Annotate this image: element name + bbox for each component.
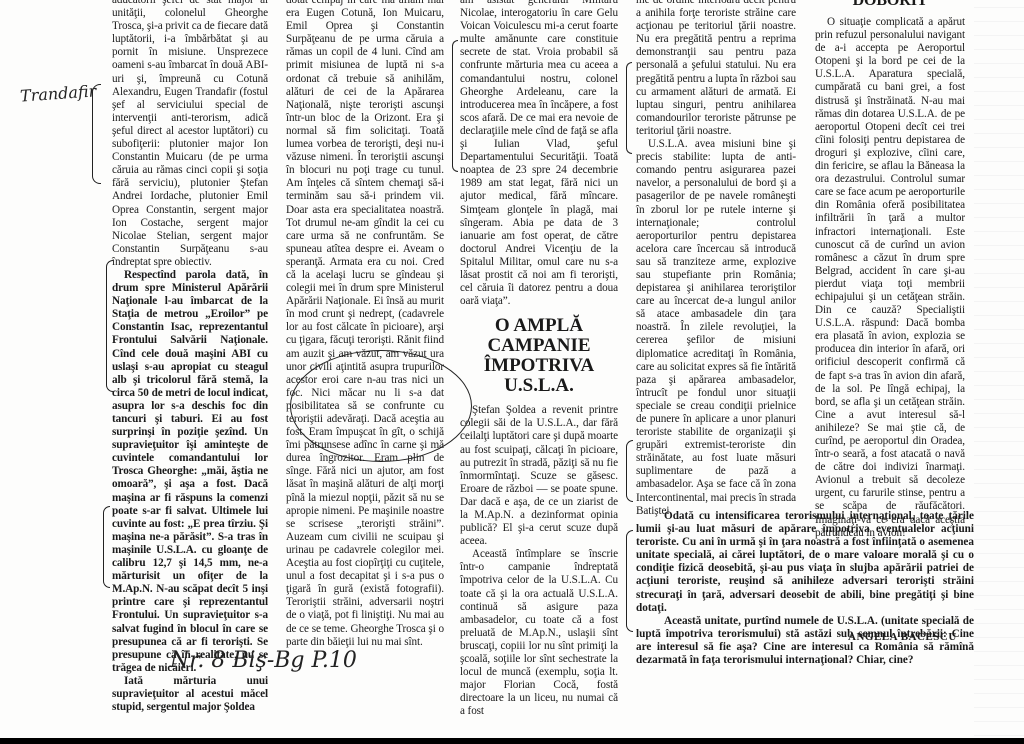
column3-paragraph-1: am asistat generalul Militaru Nicolae, i… [460, 0, 618, 308]
margin-bracket-mark [103, 506, 110, 588]
article-column-3: am asistat generalul Militaru Nicolae, i… [460, 0, 618, 719]
subheading-doborit: DOBORÎT [815, 0, 965, 10]
conclusion-paragraph-1: Odată cu intensificarea terorismului int… [636, 510, 974, 615]
column4-paragraph-2: U.S.L.A. avea misiuni bine şi precis sta… [636, 138, 796, 518]
margin-bracket-mark [452, 40, 458, 172]
column1-paragraph-2: Respectînd parola dată, în drum spre Min… [112, 269, 268, 675]
headline-line-3: ÎMPOTRIVA [460, 356, 618, 376]
column2-paragraph-1: dotat echipaj în care mă aflam mai era E… [286, 0, 444, 649]
headline-line-2: CAMPANIE [460, 336, 618, 356]
circled-passage-mark [290, 350, 472, 462]
article-column-1: aducătorii şefei de stat major al unităţ… [112, 0, 268, 714]
column5-paragraph-1: O situaţie complicată a apărut prin refu… [815, 16, 965, 540]
column3-paragraph-3: Această întîmplare se înscrie într-o cam… [460, 548, 618, 718]
column1-paragraph-1: aducătorii şefei de stat major al unităţ… [112, 0, 268, 269]
margin-bracket-mark [92, 84, 101, 184]
handwritten-bottom-note: Nr. 8 Biş-Bg P.10 [170, 648, 357, 673]
margin-bracket-mark [626, 440, 633, 502]
scan-edge-noise [974, 0, 1024, 738]
section-headline: O AMPLĂ CAMPANIE ÎMPOTRIVA U.S.L.A. [460, 316, 618, 396]
column1-paragraph-3: Iată mărturia unui supravieţuitor al ace… [112, 675, 268, 714]
scan-bottom-border [0, 738, 1024, 744]
article-column-2: dotat echipaj în care mă aflam mai era E… [286, 0, 444, 649]
article-column-5: DOBORÎT O situaţie complicată a apărut p… [815, 0, 965, 540]
column3-paragraph-2: Ştefan Şoldea a revenit printre colegii … [460, 404, 618, 548]
column4-paragraph-1: me de ordine interioară decît pentru a a… [636, 0, 796, 138]
article-column-4: me de ordine interioară decît pentru a a… [636, 0, 796, 518]
newspaper-page: aducătorii şefei de stat major al unităţ… [0, 0, 1024, 738]
headline-line-4: U.S.L.A. [460, 376, 618, 396]
margin-bracket-mark [626, 530, 633, 632]
conclusion-block: Odată cu intensificarea terorismului int… [636, 510, 974, 667]
margin-bracket-mark [106, 260, 113, 392]
margin-bracket-mark [626, 62, 632, 154]
headline-line-1: O AMPLĂ [460, 316, 618, 336]
author-signature: ANGELA BACESCU [848, 631, 957, 643]
handwritten-margin-note: Trandafir [19, 81, 96, 105]
